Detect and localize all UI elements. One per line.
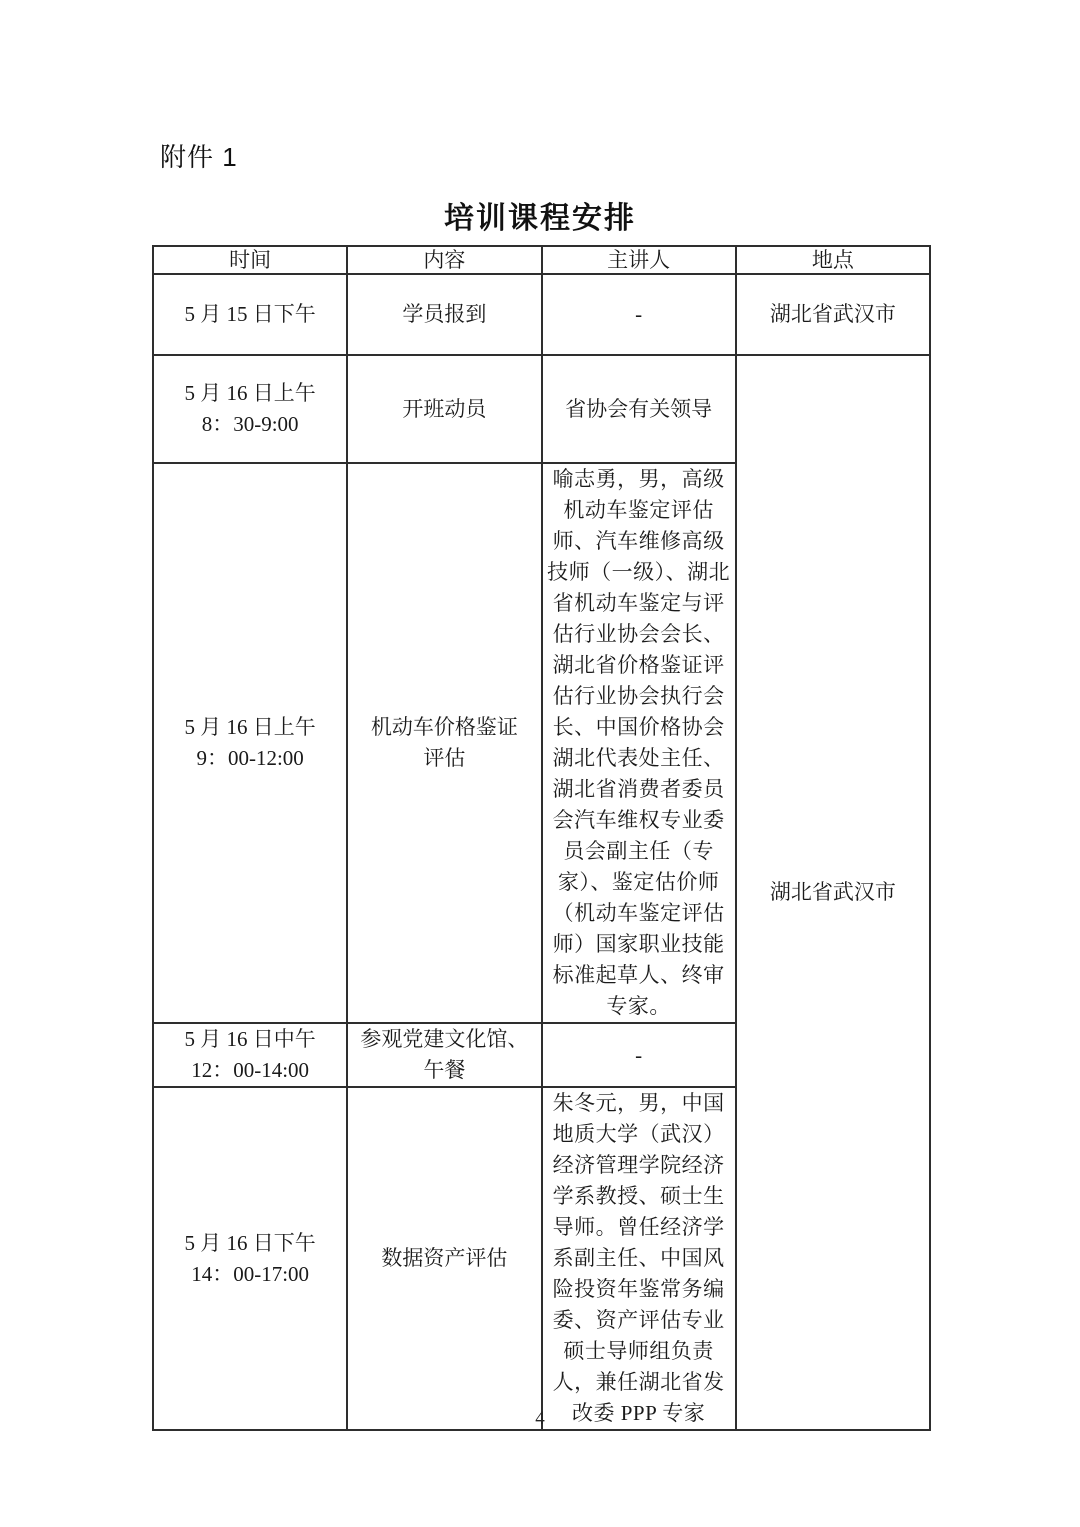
table-row: 5 月 15 日下午 学员报到 - 湖北省武汉市 — [153, 274, 930, 355]
cell-speaker: - — [542, 1023, 736, 1087]
page-number: 4 — [0, 1408, 1080, 1430]
cell-content: 数据资产评估 — [347, 1087, 541, 1430]
header-content: 内容 — [347, 246, 541, 274]
document-page: 附件 1 培训课程安排 时间 内容 主讲人 地点 5 月 15 日下午 学员报到… — [0, 0, 1080, 1527]
cell-time: 5 月 15 日下午 — [153, 274, 347, 355]
cell-time: 5 月 16 日上午 9：00-12:00 — [153, 463, 347, 1023]
cell-location-merged: 湖北省武汉市 — [736, 355, 930, 1430]
cell-time: 5 月 16 日上午 8：30-9:00 — [153, 355, 347, 463]
cell-speaker: 省协会有关领导 — [542, 355, 736, 463]
table-row: 5 月 16 日上午 8：30-9:00 开班动员 省协会有关领导 湖北省武汉市 — [153, 355, 930, 463]
header-time: 时间 — [153, 246, 347, 274]
header-location: 地点 — [736, 246, 930, 274]
cell-content: 学员报到 — [347, 274, 541, 355]
page-title: 培训课程安排 — [0, 193, 1080, 237]
cell-time: 5 月 16 日中午 12：00-14:00 — [153, 1023, 347, 1087]
cell-content: 机动车价格鉴证 评估 — [347, 463, 541, 1023]
cell-location: 湖北省武汉市 — [736, 274, 930, 355]
cell-content: 开班动员 — [347, 355, 541, 463]
header-speaker: 主讲人 — [542, 246, 736, 274]
attachment-label: 附件 1 — [160, 137, 238, 174]
training-schedule-table: 时间 内容 主讲人 地点 5 月 15 日下午 学员报到 - 湖北省武汉市 5 … — [152, 245, 931, 1431]
cell-speaker-bio: 喻志勇，男，高级机动车鉴定评估师、汽车维修高级技师（一级）、湖北省机动车鉴定与评… — [542, 463, 736, 1023]
table-header-row: 时间 内容 主讲人 地点 — [153, 246, 930, 274]
cell-speaker: - — [542, 274, 736, 355]
cell-content: 参观党建文化馆、 午餐 — [347, 1023, 541, 1087]
cell-time: 5 月 16 日下午 14：00-17:00 — [153, 1087, 347, 1430]
cell-speaker-bio: 朱冬元，男，中国地质大学（武汉）经济管理学院经济学系教授、硕士生导师。曾任经济学… — [542, 1087, 736, 1430]
